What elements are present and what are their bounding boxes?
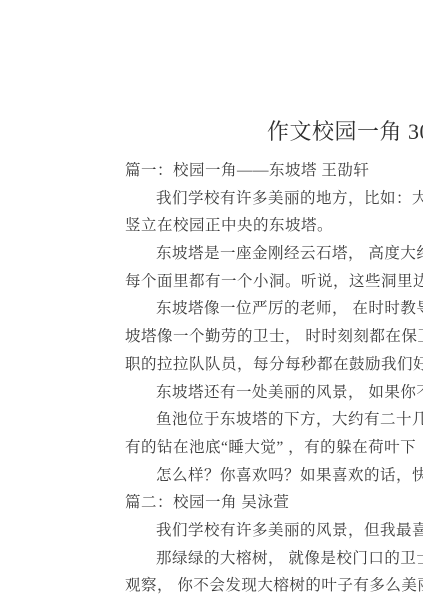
text-line: 坡塔像一个勤劳的卫士， 时时刻刻都在保卫我 [125,323,423,351]
text-line: 职的拉拉队队员，每分每秒都在鼓励我们好好 [125,351,423,379]
text-line: 东坡塔是一座金刚经云石塔， 高度大约 [125,240,423,268]
text-line: 怎么样？你喜欢吗？如果喜欢的话，快来 [125,462,423,490]
text-line: 那绿绿的大榕树， 就像是校门口的卫士 [125,545,423,573]
document-title: 作文校园一角 300 [267,117,423,147]
text-line-essay1-heading: 篇一：校园一角——东坡塔 王劭轩 [125,157,423,185]
text-line-essay2-heading: 篇二：校园一角 吴泳萱 [125,489,423,517]
text-line: 东坡塔还有一处美丽的风景， 如果你不 [125,379,423,407]
text-line: 我们学校有许多美丽的风景，但我最喜欢 [125,517,423,545]
text-line: 竖立在校园正中央的东坡塔。 [125,212,423,240]
text-line: 观察， 你不会发现大榕树的叶子有多么美丽 [125,572,423,600]
text-line: 每个面里都有一个小洞。听说，这些洞里边， [125,268,423,296]
text-line: 我们学校有许多美丽的地方，比如：大天 [125,185,423,213]
text-line: 东坡塔像一位严厉的老师， 在时时教导 [125,295,423,323]
text-line: 鱼池位于东坡塔的下方，大约有二十几平 [125,406,423,434]
text-line: 有的钻在池底“睡大觉” ，有的躲在荷叶下 [125,434,423,462]
document-page: 作文校园一角 300 篇一：校园一角——东坡塔 王劭轩 我们学校有许多美丽的地方… [0,0,423,600]
document-body: 篇一：校园一角——东坡塔 王劭轩 我们学校有许多美丽的地方，比如：大天 竖立在校… [125,157,423,600]
